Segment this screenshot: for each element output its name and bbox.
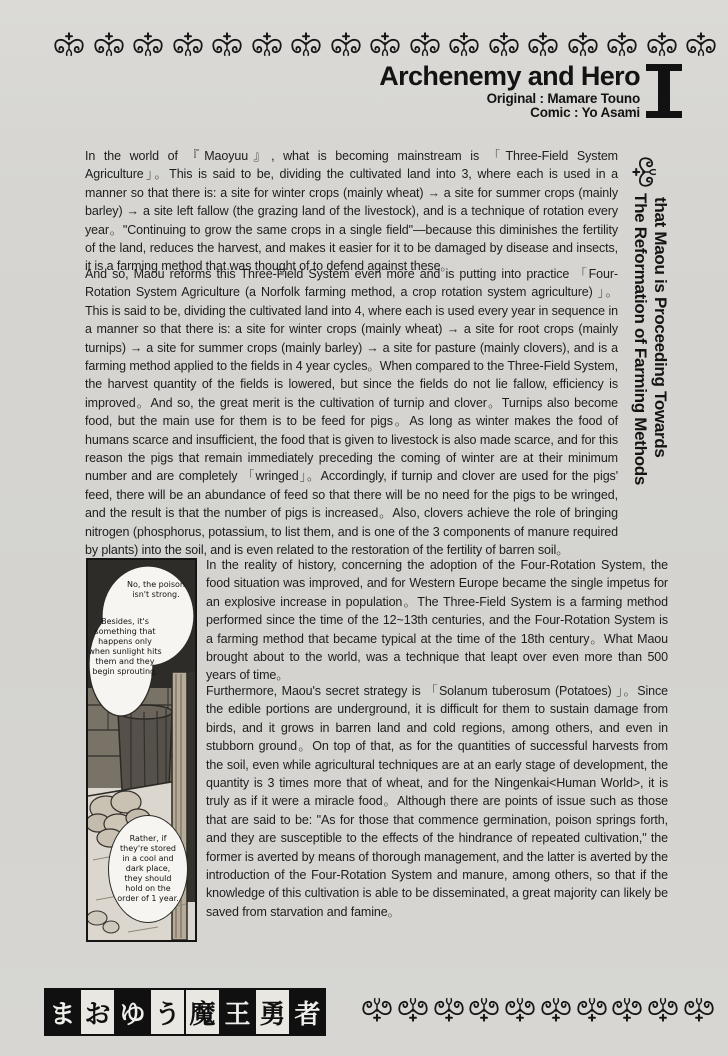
- sidebar-heading-line1: The Reformation of Farming Methods: [631, 193, 649, 485]
- sidebar-heading-line2: that Maou is Proceeding Towards: [651, 197, 669, 458]
- scroll-cross-ornament-icon-flipped: [432, 992, 466, 1024]
- numeral-bottom-serif: [646, 111, 682, 118]
- scroll-cross-ornament-icon: [289, 30, 323, 62]
- speech-bubble-sprouting: Besides, it's something that happens onl…: [88, 617, 162, 677]
- scroll-cross-ornament-icon-flipped: [575, 992, 609, 1024]
- manga-extra-page: Archenemy and Hero Original : Mamare Tou…: [0, 0, 728, 1056]
- scroll-cross-ornament-icon: [487, 30, 521, 62]
- numeral-stem: [658, 69, 670, 113]
- scroll-cross-ornament-icon: [526, 30, 560, 62]
- speech-bubble-storage: Rather, if they're stored in a cool and …: [108, 815, 188, 923]
- scroll-cross-ornament-icon: [368, 30, 402, 62]
- scroll-cross-ornament-icon-flipped: [610, 992, 644, 1024]
- scroll-cross-ornament-icon: [684, 30, 718, 62]
- scroll-cross-ornament-icon-flipped: [396, 992, 430, 1024]
- paragraph-three-field-system: In the world of 『Maoyuu』, what is becomi…: [85, 147, 618, 276]
- logo-char-tile: お: [79, 988, 116, 1036]
- paragraph-history: In the reality of history, concerning th…: [206, 556, 668, 685]
- scroll-cross-ornament-icon-flipped: [682, 992, 716, 1024]
- logo-char-tile: 者: [289, 988, 326, 1036]
- volume-numeral: [646, 64, 682, 118]
- speech-bubble-poison: No, the poison isn't strong.: [122, 580, 190, 600]
- scroll-cross-ornament-icon: [447, 30, 481, 62]
- scroll-cross-ornament-icon: [131, 30, 165, 62]
- scroll-cross-ornament-icon-flipped: [646, 992, 680, 1024]
- scroll-cross-ornament-icon-flipped: [503, 992, 537, 1024]
- logo-char-tile: ゆ: [114, 988, 151, 1036]
- logo-char-tile: ま: [44, 988, 81, 1036]
- comic-credit: Comic : Yo Asami: [530, 105, 640, 120]
- logo-char-tile: 魔: [184, 988, 221, 1036]
- scroll-cross-ornament-icon: [566, 30, 600, 62]
- scroll-cross-ornament-icon: [329, 30, 363, 62]
- scroll-cross-ornament-icon-flipped: [467, 992, 501, 1024]
- logo-char-tile: 王: [219, 988, 256, 1036]
- scroll-cross-ornament-icon: [250, 30, 284, 62]
- scroll-cross-ornament-icon: [210, 30, 244, 62]
- fleur-ornament-icon: [630, 155, 662, 189]
- top-ornament-border: [52, 30, 718, 62]
- page-title: Archenemy and Hero: [379, 61, 640, 92]
- logo-char-tile: 勇: [254, 988, 291, 1036]
- scroll-cross-ornament-icon: [92, 30, 126, 62]
- scroll-cross-ornament-icon: [171, 30, 205, 62]
- scroll-cross-ornament-icon: [52, 30, 86, 62]
- scroll-cross-ornament-icon: [605, 30, 639, 62]
- bottom-ornament-border: [360, 992, 716, 1024]
- paragraph-potatoes: Furthermore, Maou's secret strategy is 「…: [206, 682, 668, 921]
- original-credit: Original : Mamare Touno: [487, 91, 640, 106]
- manga-panel: No, the poison isn't strong. Besides, it…: [86, 558, 197, 942]
- logo-char-tile: う: [149, 988, 186, 1036]
- series-logo-maoyuu: ま お ゆ う 魔 王 勇 者: [46, 988, 326, 1036]
- scroll-cross-ornament-icon-flipped: [360, 992, 394, 1024]
- scroll-cross-ornament-icon-flipped: [539, 992, 573, 1024]
- paragraph-four-rotation-system: And so, Maou reforms this Three-Field Sy…: [85, 265, 618, 560]
- scroll-cross-ornament-icon: [645, 30, 679, 62]
- scroll-cross-ornament-icon: [408, 30, 442, 62]
